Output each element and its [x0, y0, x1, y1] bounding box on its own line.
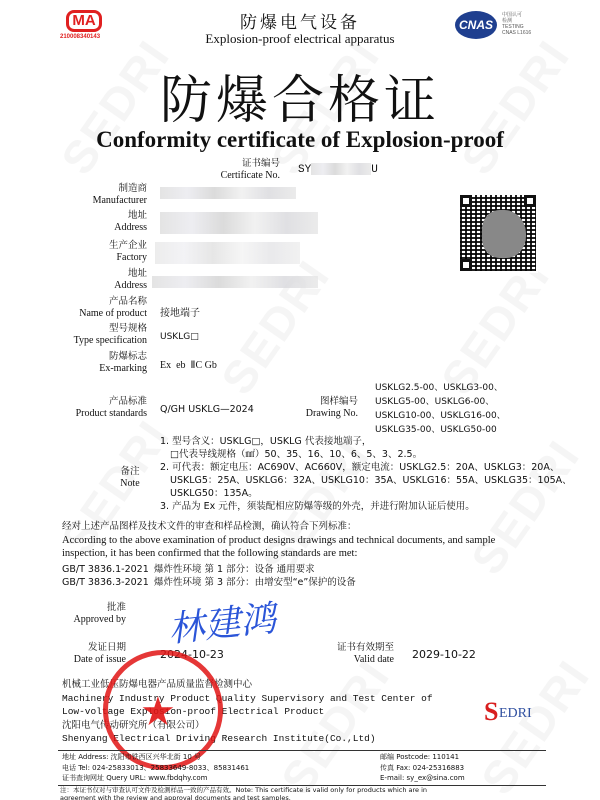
approved-by-label-cn: 批准: [60, 602, 126, 614]
note-line: 1. 型号含义：USKLG□，USKLG 代表接地端子，: [160, 435, 572, 448]
issue-date-label: 发证日期 Date of issue: [40, 642, 126, 666]
drawing-no-values: USKLG2.5-00、USKLG3-00、 USKLG5-00、USKLG6-…: [375, 381, 506, 437]
watermark: SEDRI: [210, 250, 341, 404]
sedri-logo-s: S: [484, 697, 498, 727]
qr-corner: [460, 259, 472, 271]
standard-item: GB/T 3836.3-2021爆炸性环境 第 3 部分：由增安型“e”保护的设…: [62, 576, 356, 589]
standards-list: GB/T 3836.1-2021爆炸性环境 第 1 部分：设备 通用要求 GB/…: [62, 563, 356, 589]
valid-date-value: 2029-10-22: [412, 648, 476, 661]
drawing-no-item: USKLG2.5-00、USKLG3-00、: [375, 381, 506, 395]
certificate-title-en: Conformity certificate of Explosion-proo…: [0, 127, 600, 153]
factory-label-en: Factory: [40, 252, 147, 264]
note-lines: 1. 型号含义：USKLG□，USKLG 代表接地端子， □代表导线规格（㎟）5…: [160, 435, 572, 513]
contact-tel: 电话 Tel: 024-25833013、25833649-8033、85831…: [62, 763, 249, 774]
note-line: USKLG5：25A、USKLG6：32A、USKLG10：35A、USKLG1…: [160, 474, 572, 487]
product-name-label-en: Name of product: [20, 308, 147, 320]
cert-no-label: 证书编号 Certificate No.: [180, 158, 280, 182]
footer-note-line: agreement with the review and approval d…: [60, 794, 427, 800]
valid-date-label: 证书有效期至 Valid date: [290, 642, 394, 666]
note-line: 2. 可代表：额定电压：AC690V、AC660V，额定电流：USKLG2.5：…: [160, 461, 572, 474]
drawing-no-label-en: Drawing No.: [270, 408, 358, 420]
cnas-line: CNAS L1616: [502, 30, 531, 36]
ex-marking-label-cn: 防爆标志: [20, 351, 147, 363]
qr-corner: [524, 195, 536, 207]
contact-query-url[interactable]: 证书查询网址 Query URL: www.fbdqhy.com: [62, 773, 249, 784]
drawing-no-label-cn: 图样编号: [270, 396, 358, 408]
note-label: 备注 Note: [110, 466, 150, 490]
ex-marking-value: Ex eb ⅡC Gb: [160, 360, 217, 371]
signature: 林建鸿: [166, 590, 279, 652]
standard-code: GB/T 3836.3-2021: [62, 576, 154, 589]
contact-email[interactable]: E-mail: sy_ex@sina.com: [380, 773, 465, 784]
contact-right: 邮编 Postcode: 110141 传真 Fax: 024-25316883…: [380, 752, 465, 784]
approved-by-label: 批准 Approved by: [60, 602, 126, 626]
manufacturer-value-redacted: [160, 187, 296, 199]
standard-code: GB/T 3836.1-2021: [62, 563, 154, 576]
manufacturer-label: 制造商 Manufacturer: [40, 183, 147, 207]
approved-by-label-en: Approved by: [60, 614, 126, 626]
qr-corner: [460, 195, 472, 207]
certificate-title-cn: 防爆合格证: [0, 58, 600, 133]
factory-label-cn: 生产企业: [40, 240, 147, 252]
standard-desc: 爆炸性环境 第 3 部分：由增安型“e”保护的设备: [154, 577, 356, 588]
note-label-en: Note: [110, 478, 150, 490]
product-standards-value: Q/GH USKLG—2024: [160, 404, 254, 415]
contact-postcode: 邮编 Postcode: 110141: [380, 752, 465, 763]
type-spec-label: 型号规格 Type specification: [0, 323, 147, 347]
qr-redacted-area: [482, 210, 526, 258]
footer-note: 注：本证书仅对与审查认可文件及检测样品一致的产品有效。Note: This ce…: [60, 786, 427, 800]
conformity-statement-en-line: inspection, it has been confirmed that t…: [62, 547, 552, 560]
cert-no-prefix: SY: [298, 164, 311, 176]
drawing-no-item: USKLG10-00、USKLG16-00、: [375, 409, 506, 423]
stamp-star-icon: ★: [140, 688, 176, 735]
note-line: □代表导线规格（㎟）50、35、16、10、6、5、3、2.5。: [160, 448, 572, 461]
note-label-cn: 备注: [110, 466, 150, 478]
address1-value-redacted: [160, 212, 318, 234]
address2-label-cn: 地址: [40, 268, 147, 280]
product-name-value: 接地端子: [160, 304, 200, 319]
footer-note-line: 注：本证书仅对与审查认可文件及检测样品一致的产品有效。Note: This ce…: [60, 786, 427, 794]
product-standards-label: 产品标准 Product standards: [0, 396, 147, 420]
ex-marking-label: 防爆标志 Ex-marking: [20, 351, 147, 375]
issue-date-label-cn: 发证日期: [40, 642, 126, 654]
address2-value-redacted: [152, 276, 318, 288]
cert-no-label-en: Certificate No.: [180, 170, 280, 182]
standard-desc: 爆炸性环境 第 1 部分：设备 通用要求: [154, 564, 315, 575]
cnas-logo: CNAS: [455, 11, 497, 39]
factory-label: 生产企业 Factory: [40, 240, 147, 264]
issue-date-label-en: Date of issue: [40, 654, 126, 666]
contact-fax: 传真 Fax: 024-25316883: [380, 763, 465, 774]
product-name-label-cn: 产品名称: [20, 296, 147, 308]
type-spec-label-en: Type specification: [0, 335, 147, 347]
address2-label-en: Address: [40, 280, 147, 292]
product-name-label: 产品名称 Name of product: [20, 296, 147, 320]
type-spec-label-cn: 型号规格: [0, 323, 147, 335]
note-line: 3. 产品为 Ex 元件，须装配相应防爆等级的外壳，并进行附加认证后使用。: [160, 500, 572, 513]
type-spec-value: USKLG□: [160, 332, 199, 342]
drawing-no-item: USKLG5-00、USKLG6-00、: [375, 395, 506, 409]
conformity-statement-en-line: According to the above examination of pr…: [62, 534, 552, 547]
manufacturer-label-cn: 制造商: [40, 183, 147, 195]
drawing-no-label: 图样编号 Drawing No.: [270, 396, 358, 420]
contact-address: 地址 Address: 沈阳市铁西区兴华北街 10 号: [62, 752, 249, 763]
conformity-statement-cn: 经对上述产品图样及技术文件的审查和样品检测，确认符合下列标准：: [62, 520, 357, 533]
product-standards-label-cn: 产品标准: [0, 396, 147, 408]
valid-date-label-en: Valid date: [290, 654, 394, 666]
address1-label: 地址 Address: [40, 210, 147, 234]
address1-label-en: Address: [40, 222, 147, 234]
address2-label: 地址 Address: [40, 268, 147, 292]
manufacturer-label-en: Manufacturer: [40, 195, 147, 207]
factory-value-redacted: [155, 242, 300, 264]
contact-left: 地址 Address: 沈阳市铁西区兴华北街 10 号 电话 Tel: 024-…: [62, 752, 249, 784]
sedri-logo-text: EDRI: [499, 706, 532, 722]
ex-marking-label-en: Ex-marking: [20, 363, 147, 375]
cnas-text: 中国认可 检测 TESTING CNAS L1616: [502, 12, 531, 36]
divider: [58, 750, 546, 751]
product-standards-label-en: Product standards: [0, 408, 147, 420]
cert-no-label-cn: 证书编号: [180, 158, 280, 170]
cert-no-value: SYU: [298, 163, 378, 176]
address1-label-cn: 地址: [40, 210, 147, 222]
valid-date-label-cn: 证书有效期至: [290, 642, 394, 654]
redacted-block: [311, 163, 371, 175]
note-line: USKLG50：135A。: [160, 487, 572, 500]
standard-item: GB/T 3836.1-2021爆炸性环境 第 1 部分：设备 通用要求: [62, 563, 356, 576]
conformity-statement-en: According to the above examination of pr…: [62, 534, 552, 560]
cert-no-suffix: U: [371, 164, 378, 176]
